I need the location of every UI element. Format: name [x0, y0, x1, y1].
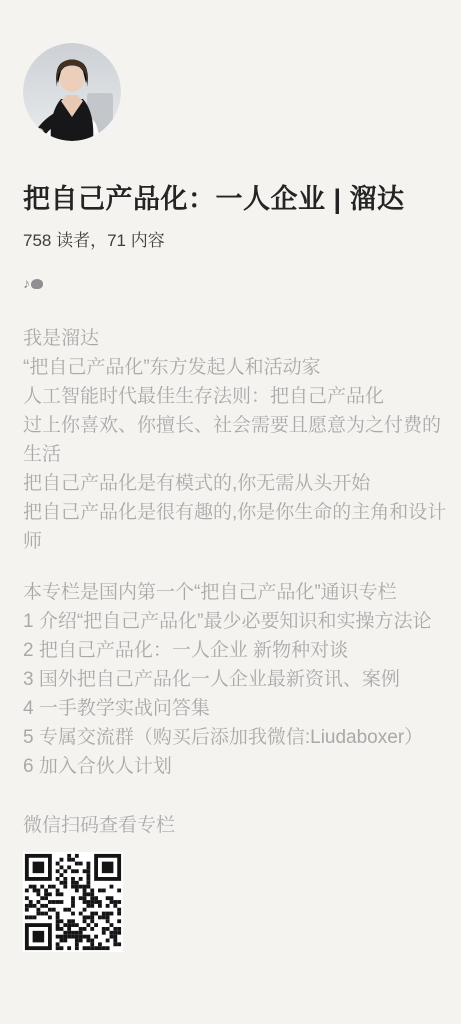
column-line: 6 加入合伙人计划 — [23, 752, 447, 781]
column-share-card: 把自己产品化：一人企业 | 溜达 758 读者，71 内容 ♪ 我是溜达 “把自… — [0, 0, 461, 1024]
blob-glyph — [31, 279, 43, 289]
intro-line: “把自己产品化”东方发起人和活动家 — [23, 353, 447, 382]
qr-scan-hint-text: 微信扫码查看专栏 — [23, 811, 175, 840]
intro-line: 人工智能时代最佳生存法则：把自己产品化 — [23, 382, 447, 411]
qr-code — [23, 852, 123, 952]
intro-line: 把自己产品化是很有趣的,你是你生命的主角和设计师 — [23, 498, 447, 556]
column-line: 1 介绍“把自己产品化”最少必要知识和实操方法论 — [23, 607, 447, 636]
avatar — [23, 43, 121, 141]
column-line: 2 把自己产品化：一人企业 新物种对谈 — [23, 636, 447, 665]
intro-line: 把自己产品化是有模式的,你无需从头开始 — [23, 469, 447, 498]
intro-line: 过上你喜欢、你擅长、社会需要且愿意为之付费的生活 — [23, 411, 447, 469]
note-glyph: ♪ — [23, 275, 30, 291]
music-note-icon: ♪ — [23, 274, 43, 292]
reader-count-text: 758 读者，71 内容 — [23, 229, 165, 253]
column-line: 3 国外把自己产品化一人企业最新资讯、案例 — [23, 665, 447, 694]
column-line: 本专栏是国内第一个“把自己产品化”通识专栏 — [23, 578, 447, 607]
author-intro-paragraph: 我是溜达 “把自己产品化”东方发起人和活动家 人工智能时代最佳生存法则：把自己产… — [23, 324, 447, 556]
column-line: 5 专属交流群（购买后添加我微信:Liudaboxer） — [23, 723, 447, 752]
intro-line: 我是溜达 — [23, 324, 447, 353]
page-title: 把自己产品化：一人企业 | 溜达 — [23, 182, 453, 216]
avatar-portrait-image — [23, 43, 121, 141]
column-contents-list: 本专栏是国内第一个“把自己产品化”通识专栏 1 介绍“把自己产品化”最少必要知识… — [23, 578, 447, 781]
column-line: 4 一手教学实战问答集 — [23, 694, 447, 723]
